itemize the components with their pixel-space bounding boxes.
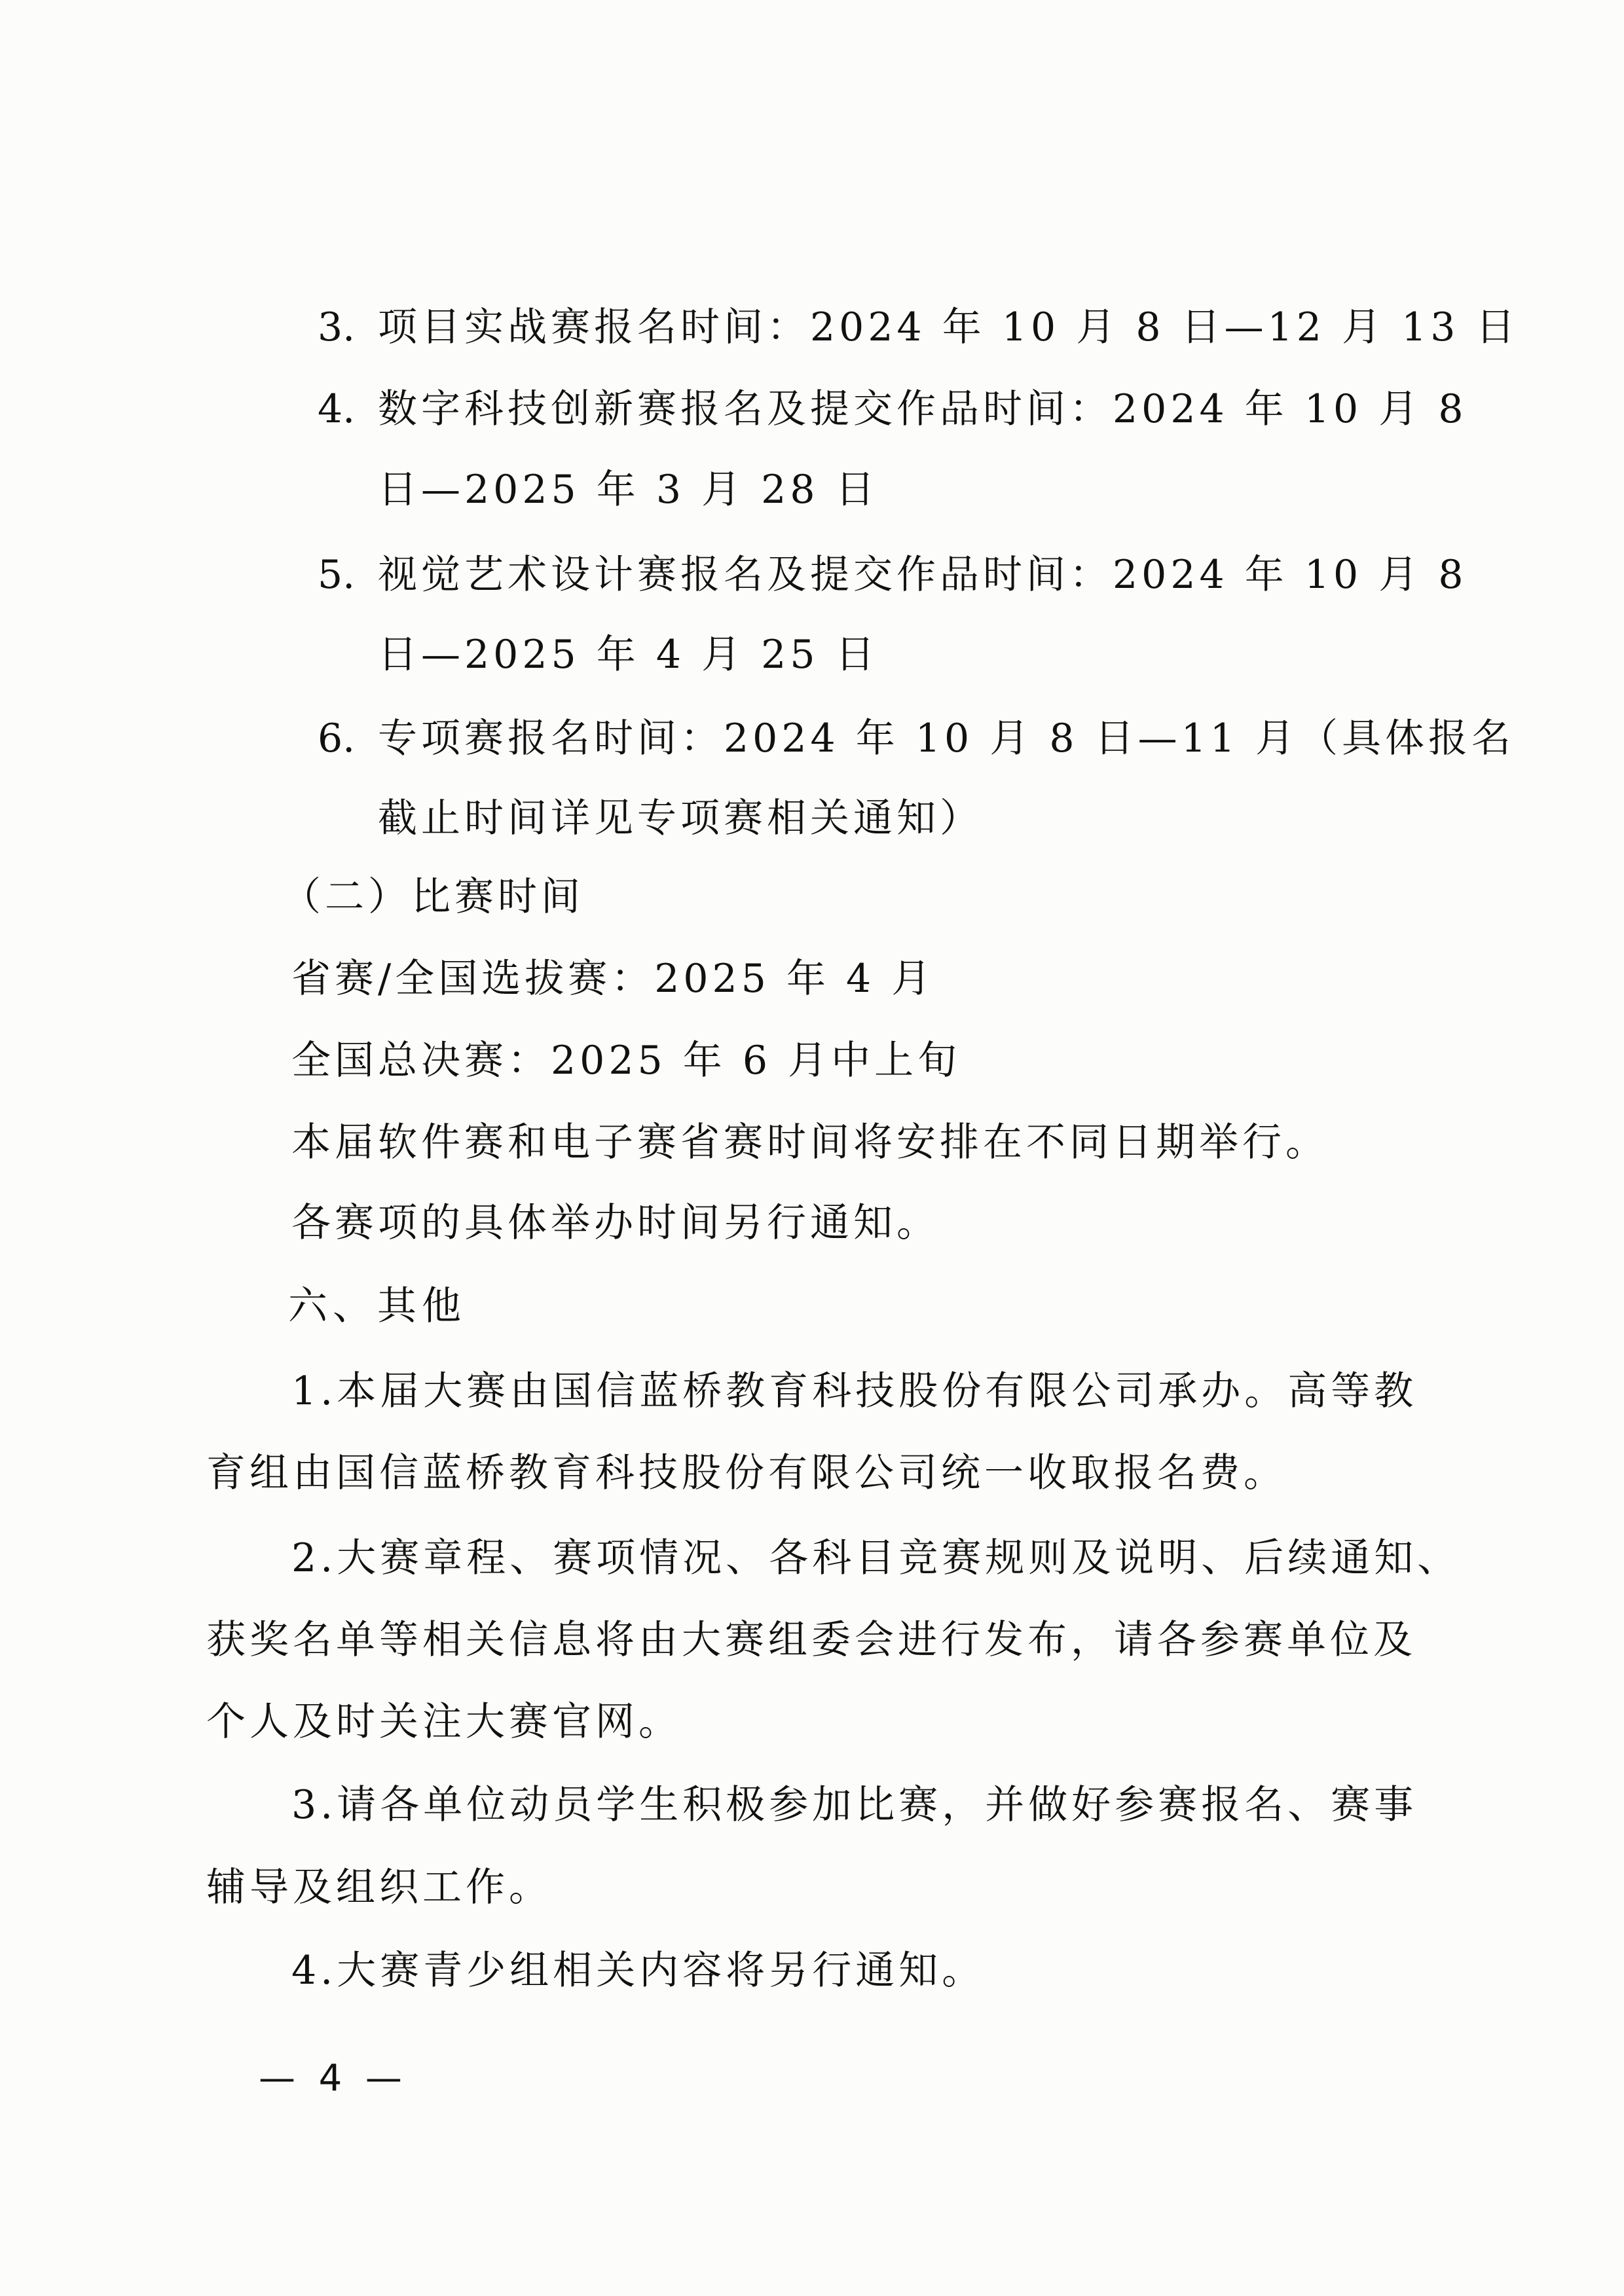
item-number: 3. — [318, 301, 378, 354]
item-number: 5. — [318, 549, 378, 601]
schedule-note: 本届软件赛和电子赛省赛时间将安排在不同日期举行。 — [291, 1116, 1329, 1169]
other-item-1: 1.本届大赛由国信蓝桥教育科技股份有限公司承办。高等教 — [291, 1365, 1411, 1417]
item-number: 6. — [318, 712, 378, 765]
registration-item-6-continuation: 截止时间详见专项赛相关通知） — [378, 792, 983, 845]
item-text: 专项赛报名时间：2024 年 10 月 8 日—11 月（具体报名 — [378, 716, 1515, 761]
other-item-2: 2.大赛章程、赛项情况、各科目竞赛规则及说明、后续通知、 — [291, 1532, 1411, 1584]
registration-item-3: 3.项目实战赛报名时间：2024 年 10 月 8 日—12 月 13 日 — [318, 301, 1424, 354]
other-item-4: 4.大赛青少组相关内容将另行通知。 — [291, 1944, 985, 1997]
other-item-3-continuation: 辅导及组织工作。 — [206, 1861, 552, 1914]
item-text: 项目实战赛报名时间：2024 年 10 月 8 日—12 月 13 日 — [378, 304, 1519, 350]
item-number: 4. — [318, 383, 378, 435]
registration-item-4-continuation: 日—2025 年 3 月 28 日 — [378, 464, 879, 516]
other-item-1-continuation: 育组由国信蓝桥教育科技股份有限公司统一收取报名费。 — [206, 1447, 1287, 1499]
other-item-2-continuation-1: 获奖名单等相关信息将由大赛组委会进行发布，请各参赛单位及 — [206, 1614, 1411, 1666]
item-text: 数字科技创新赛报名及提交作品时间：2024 年 10 月 8 — [378, 386, 1467, 432]
item-text: 视觉艺术设计赛报名及提交作品时间：2024 年 10 月 8 — [378, 552, 1467, 598]
section-heading-other: 六、其他 — [288, 1280, 466, 1332]
document-page: 3.项目实战赛报名时间：2024 年 10 月 8 日—12 月 13 日 4.… — [0, 0, 1624, 2296]
registration-item-5: 5.视觉艺术设计赛报名及提交作品时间：2024 年 10 月 8 — [318, 549, 1424, 601]
registration-item-5-continuation: 日—2025 年 4 月 25 日 — [378, 629, 879, 681]
subsection-heading-competition-time: （二）比赛时间 — [282, 871, 584, 923]
registration-item-4: 4.数字科技创新赛报名及提交作品时间：2024 年 10 月 8 — [318, 383, 1424, 435]
other-item-3: 3.请各单位动员学生积极参加比赛，并做好参赛报名、赛事 — [291, 1779, 1411, 1831]
provincial-selection-time: 省赛/全国选拔赛：2025 年 4 月 — [291, 953, 934, 1005]
national-final-time: 全国总决赛：2025 年 6 月中上旬 — [291, 1034, 961, 1087]
page-number: — 4 — — [259, 2056, 402, 2102]
notice-note: 各赛项的具体举办时间另行通知。 — [291, 1197, 940, 1249]
registration-item-6: 6.专项赛报名时间：2024 年 10 月 8 日—11 月（具体报名 — [318, 712, 1424, 765]
other-item-2-continuation-2: 个人及时关注大赛官网。 — [206, 1696, 682, 1748]
